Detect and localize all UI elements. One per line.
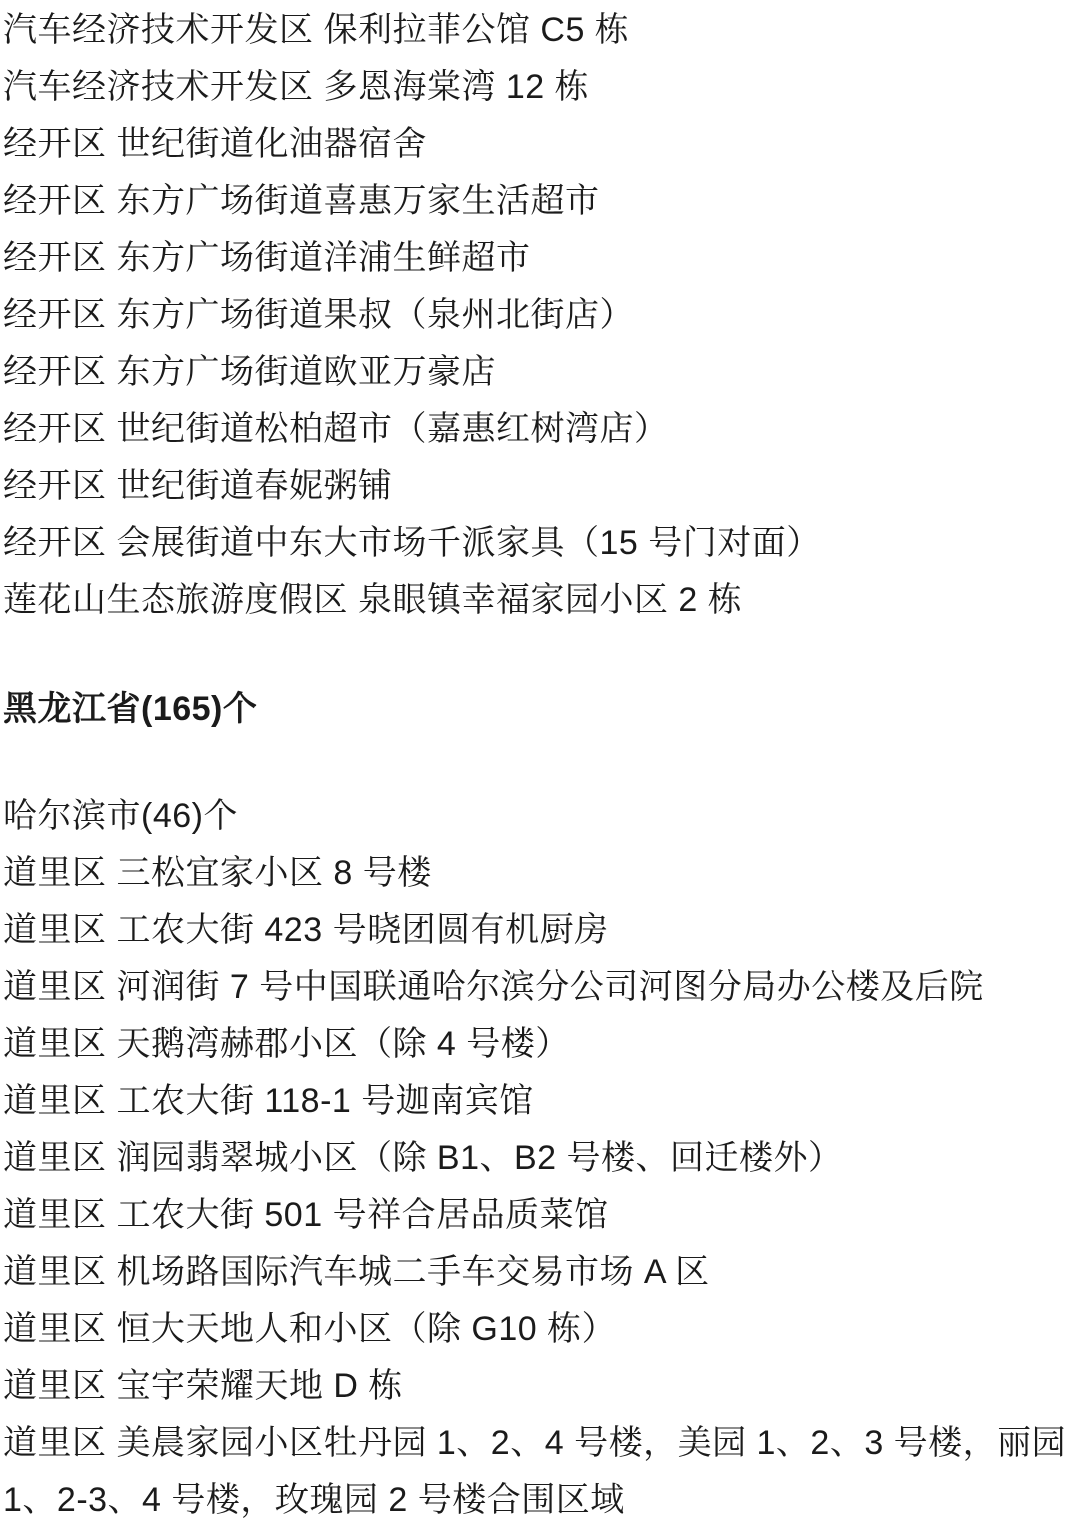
list-item: 汽车经济技术开发区 多恩海棠湾 12 栋 — [3, 59, 1068, 116]
list-item: 道里区 天鹅湾赫郡小区（除 4 号楼） — [3, 1016, 1068, 1073]
list-item: 道里区 工农大街 501 号祥合居品质菜馆 — [3, 1187, 1068, 1244]
list-item: 经开区 世纪街道春妮粥铺 — [3, 458, 1068, 515]
list-item: 道里区 河润街 7 号中国联通哈尔滨分公司河图分局办公楼及后院 — [3, 959, 1068, 1016]
list-item: 经开区 东方广场街道果叔（泉州北街店） — [3, 287, 1068, 344]
list-item: 道里区 宝宇荣耀天地 D 栋 — [3, 1358, 1068, 1415]
province-section-header: 黑龙江省(165)个 — [3, 681, 1068, 738]
risk-area-list-top: 汽车经济技术开发区 保利拉菲公馆 C5 栋 汽车经济技术开发区 多恩海棠湾 12… — [3, 2, 1068, 629]
list-item: 道里区 润园翡翠城小区（除 B1、B2 号楼、回迁楼外） — [3, 1130, 1068, 1187]
list-item: 汽车经济技术开发区 保利拉菲公馆 C5 栋 — [3, 2, 1068, 59]
list-item: 道里区 机场路国际汽车城二手车交易市场 A 区 — [3, 1244, 1068, 1301]
list-item: 经开区 世纪街道化油器宿舍 — [3, 116, 1068, 173]
page: 汽车经济技术开发区 保利拉菲公馆 C5 栋 汽车经济技术开发区 多恩海棠湾 12… — [0, 0, 1080, 1528]
list-item: 莲花山生态旅游度假区 泉眼镇幸福家园小区 2 栋 — [3, 572, 1068, 629]
list-item: 道里区 工农大街 423 号晓团圆有机厨房 — [3, 902, 1068, 959]
risk-area-document: 汽车经济技术开发区 保利拉菲公馆 C5 栋 汽车经济技术开发区 多恩海棠湾 12… — [0, 0, 1080, 1528]
city-section-header: 哈尔滨市(46)个 — [3, 788, 1068, 845]
list-item: 经开区 东方广场街道喜惠万家生活超市 — [3, 173, 1068, 230]
risk-area-list-city: 道里区 三松宜家小区 8 号楼 道里区 工农大街 423 号晓团圆有机厨房 道里… — [3, 845, 1068, 1528]
list-item: 经开区 东方广场街道洋浦生鲜超市 — [3, 230, 1068, 287]
list-item: 经开区 会展街道中东大市场千派家具（15 号门对面） — [3, 515, 1068, 572]
list-item: 经开区 东方广场街道欧亚万豪店 — [3, 344, 1068, 401]
list-item: 经开区 世纪街道松柏超市（嘉惠红树湾店） — [3, 401, 1068, 458]
list-item: 道里区 工农大街 118-1 号迦南宾馆 — [3, 1073, 1068, 1130]
list-item: 道里区 三松宜家小区 8 号楼 — [3, 845, 1068, 902]
list-item: 道里区 美晨家园小区牡丹园 1、2、4 号楼，美园 1、2、3 号楼，丽园 1、… — [3, 1415, 1068, 1528]
list-item: 道里区 恒大天地人和小区（除 G10 栋） — [3, 1301, 1068, 1358]
